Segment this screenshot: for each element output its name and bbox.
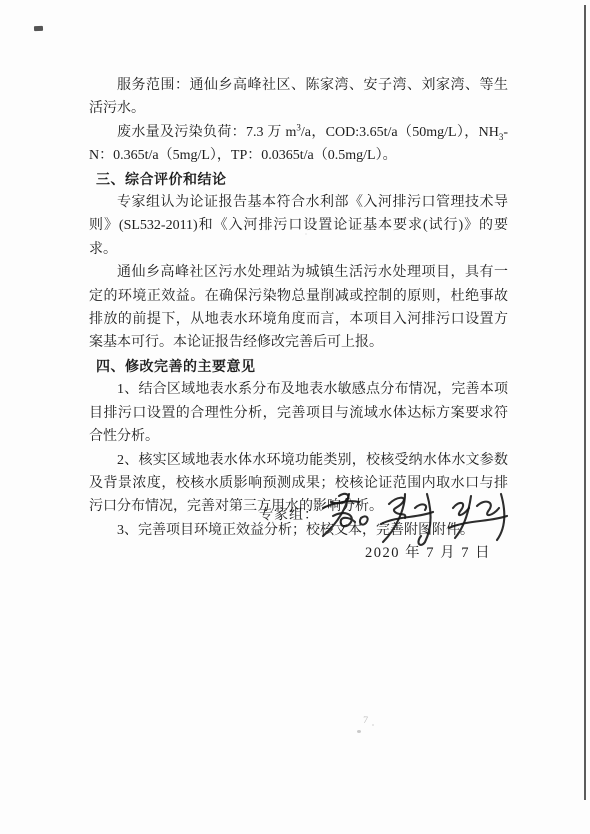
paragraph-environment-assessment: 通仙乡高峰社区污水处理站为城镇生活污水处理项目，具有一定的环境正效益。在确保污染…	[89, 261, 508, 355]
handwritten-signature-3	[449, 494, 507, 540]
handwritten-signature-2	[381, 494, 433, 545]
scan-edge-line	[584, 5, 586, 800]
expert-group-label: 专家组：	[259, 506, 319, 526]
scan-speck	[372, 724, 374, 726]
scan-speck	[357, 730, 361, 733]
date-line: 2020 年 7 月 7 日	[365, 542, 491, 565]
load-text-2: /a，COD:3.65t/a（50mg/L），NH	[301, 125, 499, 140]
handwritten-signatures	[315, 488, 515, 548]
paragraph-service-scope: 服务范围：通仙乡高峰社区、陈家湾、安子湾、刘家湾、等生活污水。	[89, 74, 508, 121]
heading-section-4: 四、修改完善的主要意见	[89, 355, 508, 378]
document-body: 服务范围：通仙乡高峰社区、陈家湾、安子湾、刘家湾、等生活污水。 废水量及污染负荷…	[89, 74, 508, 542]
paragraph-wastewater-load: 废水量及污染负荷：7.3 万 m3/a，COD:3.65t/a（50mg/L），…	[89, 121, 508, 168]
page-number: 7	[363, 715, 369, 726]
load-text-1: 废水量及污染负荷：7.3 万 m	[117, 125, 296, 140]
handwritten-signature-1	[323, 494, 368, 536]
signature-block: 专家组：	[259, 488, 519, 548]
heading-section-3: 三、综合评价和结论	[89, 168, 508, 191]
scanned-document-page: 7 服务范围：通仙乡高峰社区、陈家湾、安子湾、刘家湾、等生活污水。 废水量及污染…	[0, 0, 590, 834]
revision-item-1: 1、结合区域地表水系分布及地表水敏感点分布情况，完善本项目排污口设置的合理性分析…	[89, 378, 508, 448]
scan-smudge-mark	[34, 26, 43, 31]
paragraph-expert-opinion: 专家组认为论证报告基本符合水利部《入河排污口管理技术导则》(SL532-2011…	[89, 191, 508, 261]
